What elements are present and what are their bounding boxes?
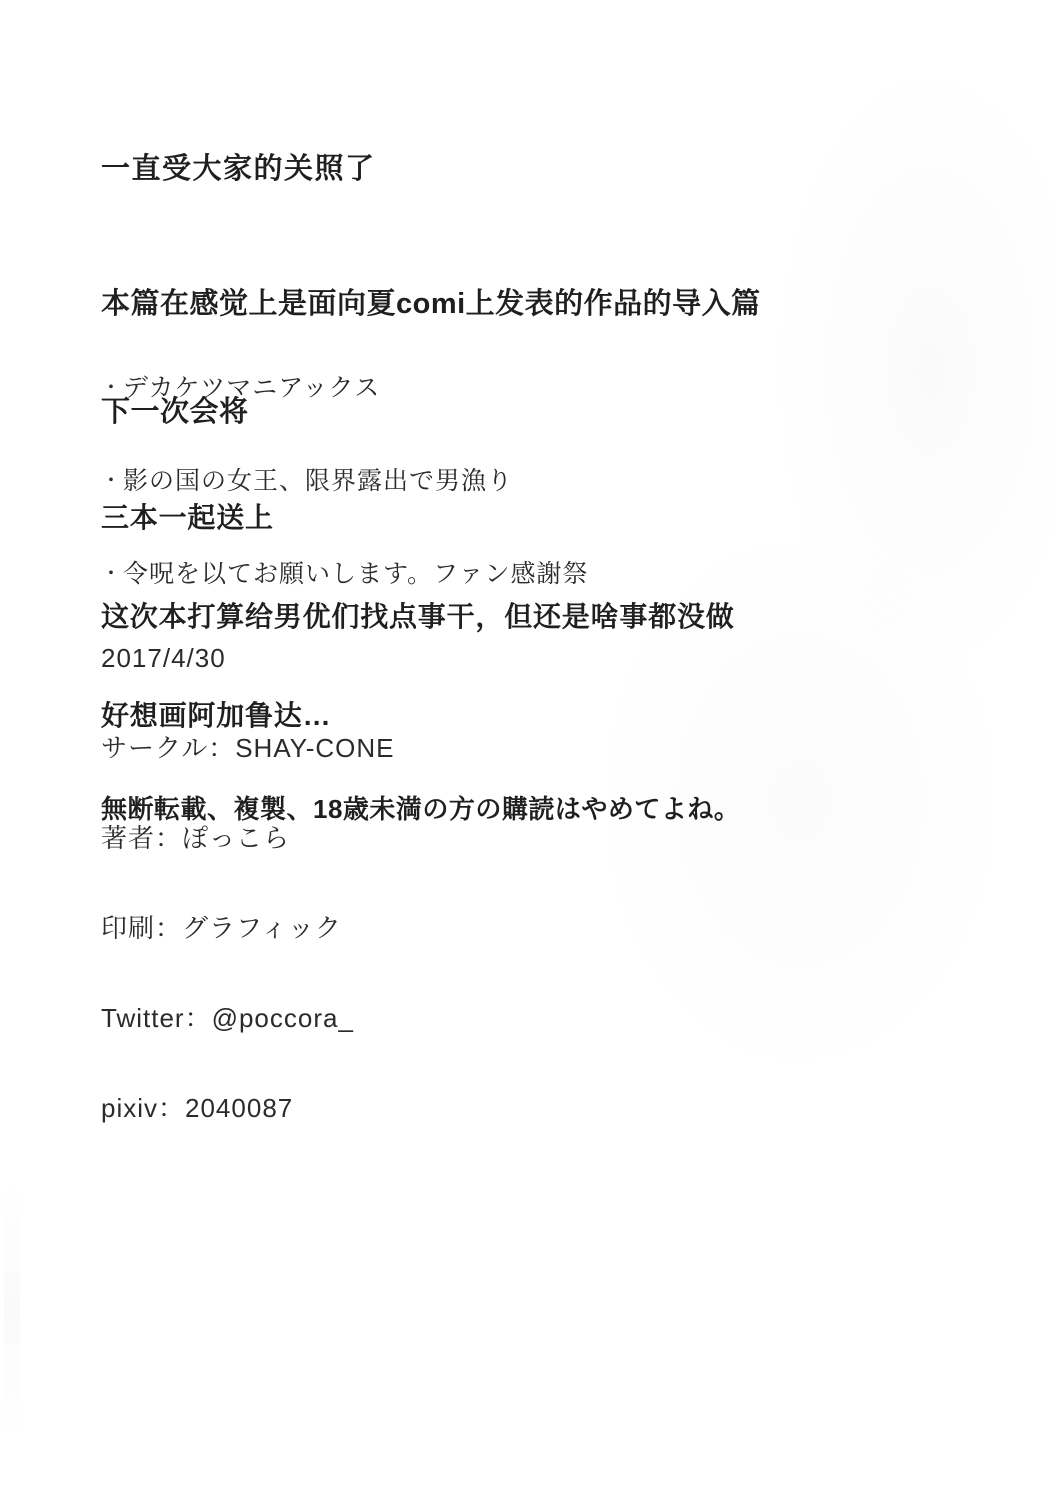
upcoming-work-item: ・デカケツマニアックス (101, 373, 589, 404)
credit-twitter-line: Twitter：@poccora_ (101, 1003, 394, 1033)
credit-author-line: 著者：ぽっこら (101, 823, 394, 853)
greeting-text: 一直受大家的关照了 (101, 146, 376, 187)
scan-shading-artifact (4, 1180, 20, 1440)
credit-circle-line: サークル：SHAY-CONE (101, 733, 394, 763)
credit-pixiv-line: pixiv：2040087 (101, 1093, 394, 1123)
credits-block: 2017/4/30 サークル：SHAY-CONE 著者：ぽっこら 印刷：グラフィ… (101, 583, 394, 1183)
bullet-glyph: ・ (101, 373, 122, 404)
scan-shading-artifact (770, 60, 1050, 680)
disclaimer-text: 無断転載、複製、18歳未満の方の購読はやめてよね。 (101, 789, 740, 826)
upcoming-work-title: デカケツマニアックス (123, 374, 380, 402)
credit-printer-line: 印刷：グラフィック (101, 913, 394, 943)
note-line: 三本一起送上 (101, 501, 735, 534)
afterword-page: 一直受大家的关照了 本篇在感觉上是面向夏comi上发表的作品的导入篇 下一次会将… (0, 0, 1050, 1492)
credit-date-line: 2017/4/30 (101, 643, 394, 673)
